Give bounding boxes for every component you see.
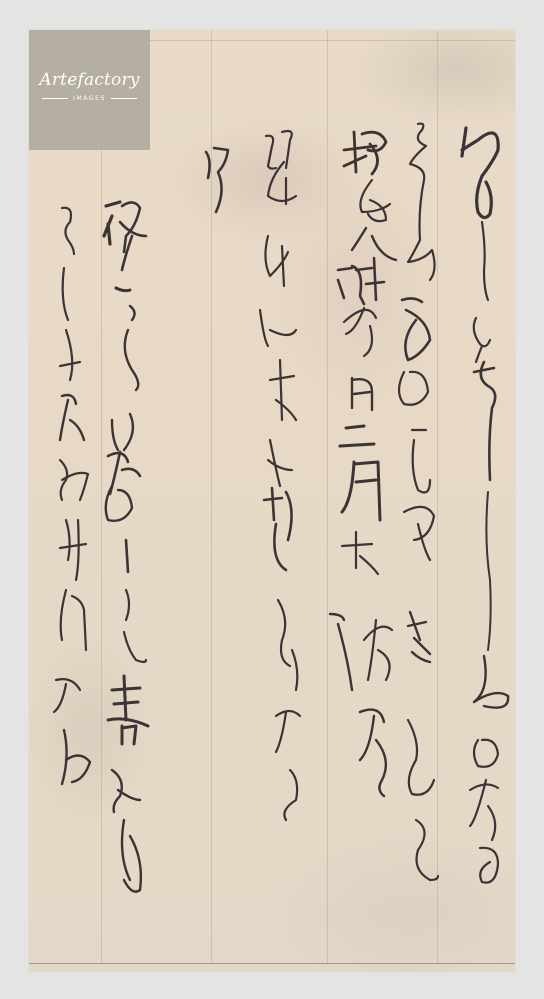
vertical-rule-line <box>437 30 438 963</box>
watermark-title: Artefactory <box>39 72 139 89</box>
vertical-rule-line <box>327 30 328 963</box>
watermark-divider-left <box>42 98 68 99</box>
vertical-rule-line <box>101 30 102 963</box>
vertical-rule-line <box>211 30 212 963</box>
watermark-divider-right <box>111 98 137 99</box>
watermark-subtitle-row: IMAGES <box>42 95 137 102</box>
watermark-logo: Artefactory IMAGES <box>29 30 150 150</box>
bottom-rule-line <box>29 963 515 964</box>
watermark-subtitle: IMAGES <box>73 95 106 102</box>
top-rule-line <box>149 40 515 41</box>
calligraphy-paper: わがしりおしきしやのみなら さつも花のさわめときやうちて 梅か入滅の日二月十五日… <box>29 30 515 972</box>
